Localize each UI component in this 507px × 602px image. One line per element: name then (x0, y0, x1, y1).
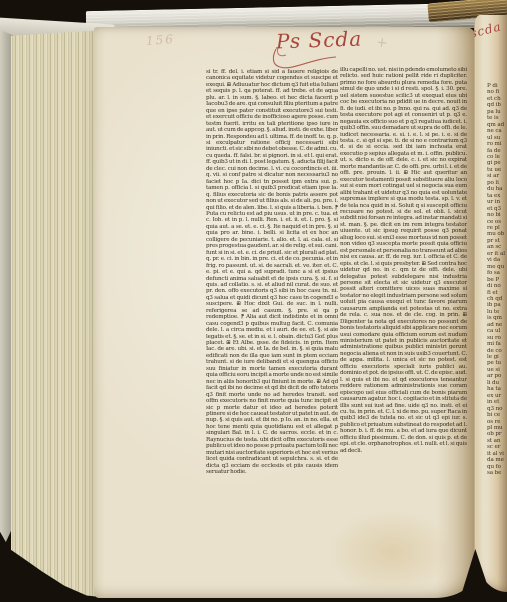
open-page: 156 Ps Scda + si tr. ff. del. i. etiam s… (94, 27, 475, 598)
book-photo: 156 Ps Scda + si tr. ff. del. i. etiam s… (0, 0, 507, 602)
folio-number-ghost: 156 (146, 32, 176, 48)
next-page-text-sliver: P di no fi et ch qd ib pa lu te is qm ad… (487, 83, 505, 545)
next-page-sliver: scda P di no fi et ch qd ib pa lu te is … (474, 15, 507, 592)
text-column-right: illu capelli no. ust. nisi in pdendo emo… (340, 67, 467, 499)
show-through-mark: + (375, 34, 389, 51)
text-column-left: si tr. ff. del. i. etiam si sid a fauere… (206, 69, 338, 523)
next-page-rubric: scda (474, 19, 503, 40)
